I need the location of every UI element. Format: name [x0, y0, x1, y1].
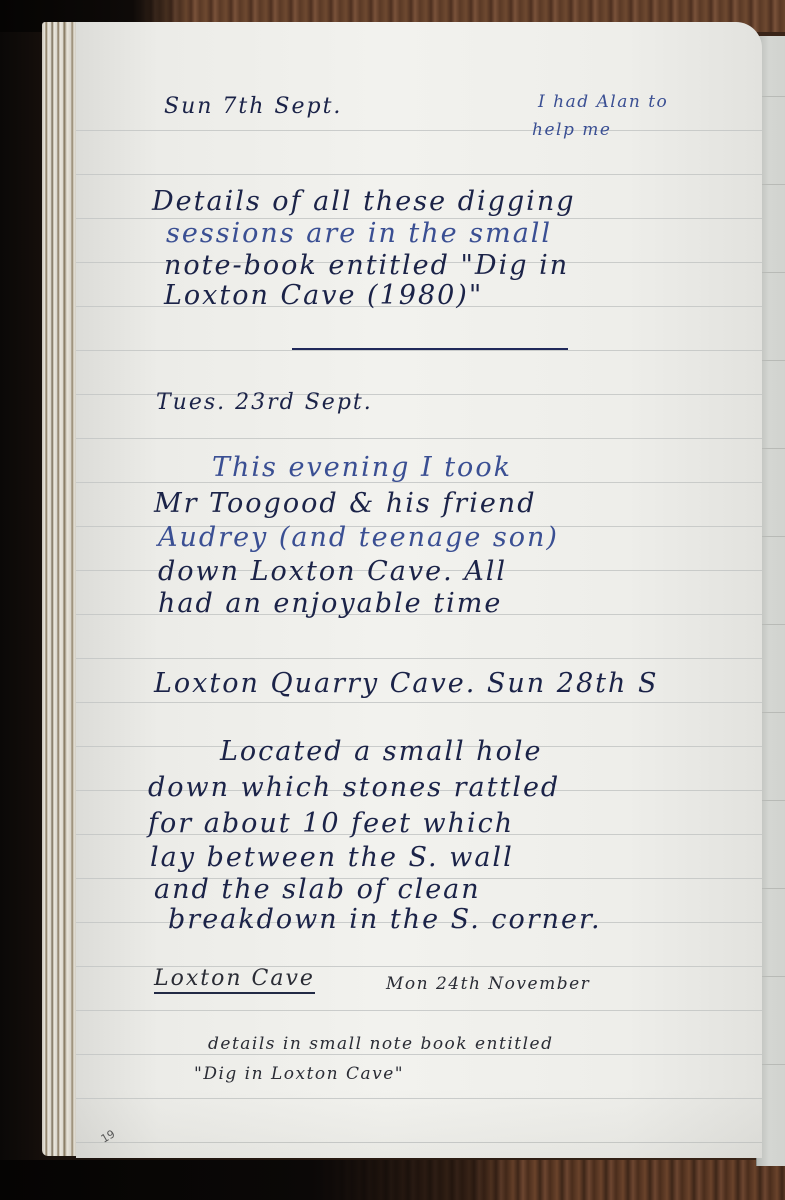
entry-1-date: Sun 7th Sept. [164, 94, 342, 119]
notebook-page: Sun 7th Sept. I had Alan to help me Deta… [76, 22, 762, 1158]
entry-3-heading: Loxton Quarry Cave. Sun 28th S [154, 668, 658, 699]
entry-1-margin-note-line-2: help me [532, 120, 611, 140]
entry-2-body-line-2: Mr Toogood & his friend [154, 488, 537, 519]
entry-2-body-line-3: Audrey (and teenage son) [158, 522, 559, 553]
entry-1-body-line-3: note-book entitled "Dig in [164, 250, 569, 281]
entry-2-body-line-4: down Loxton Cave. All [158, 556, 507, 587]
section-divider-line [292, 348, 568, 350]
entry-1-body-line-2: sessions are in the small [166, 218, 552, 249]
entry-4-date: Mon 24th November [386, 974, 590, 994]
entry-1-body-line-4: Loxton Cave (1980)" [164, 280, 483, 311]
entry-4-body-line-1: details in small note book entitled [208, 1034, 553, 1054]
entry-2-body-line-1: This evening I took [212, 452, 512, 483]
wooden-table-bottom [0, 1160, 785, 1200]
entry-3-body-line-5: and the slab of clean [154, 874, 481, 905]
entry-3-body-line-4: lay between the S. wall [150, 842, 514, 873]
entry-3-body-line-1: Located a small hole [220, 736, 542, 767]
page-number: 19 [99, 1127, 118, 1145]
entry-3-body-line-2: down which stones rattled [148, 772, 560, 803]
entry-4-heading: Loxton Cave [154, 966, 315, 994]
entry-2-body-line-5: had an enjoyable time [158, 588, 502, 619]
entry-1-margin-note-line-1: I had Alan to [538, 92, 668, 112]
entry-4-body-line-2: "Dig in Loxton Cave" [194, 1064, 404, 1084]
page-stack-edges [42, 22, 76, 1156]
entry-3-body-line-3: for about 10 feet which [148, 808, 514, 839]
entry-2-date: Tues. 23rd Sept. [156, 390, 373, 415]
entry-1-body-line-1: Details of all these digging [152, 186, 576, 217]
entry-3-body-line-6: breakdown in the S. corner. [168, 904, 602, 935]
